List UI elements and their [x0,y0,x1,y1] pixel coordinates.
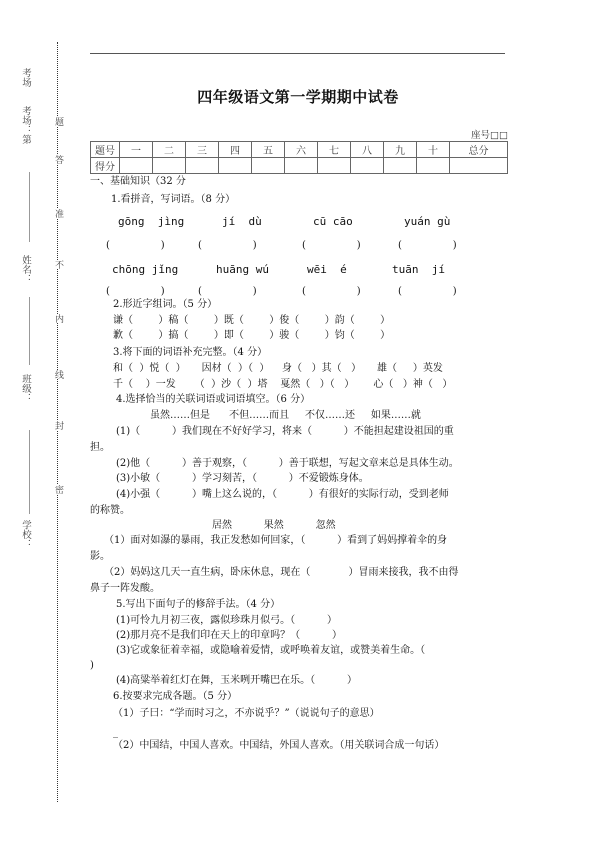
q6-item: （1）子曰：“学而时习之，不亦说乎？”（说说句子的意思） [113,708,380,720]
header-cell: 八 [351,142,384,158]
answer-blank[interactable]: ( ) [302,240,361,252]
name-line [29,172,30,242]
q4-item[interactable]: (4)小强（ ）嘴上这么说的，（ ）有很好的实际行动，受到老师 [116,489,449,501]
q4-title: 4.选择恰当的关联词语或词语填空。（6 分） [116,394,310,406]
score-cell[interactable] [417,158,450,174]
margin-label-name: 姓名： [18,255,32,284]
margin-label-exam-room-no: 考场：第 [18,106,32,144]
q3-row[interactable]: 和（ ）悦（ ） 因材（ ）（ ） 身（ ）其（ ） 雄（ ）英发 [113,363,443,375]
answer-blank[interactable]: ( ) [106,240,196,252]
header-cell: 六 [285,142,318,158]
q4-item[interactable]: (3)小敏（ ）学习刻苦，（ ）不爱锻炼身体。 [116,473,369,485]
answer-blank[interactable]: ( ) [198,286,257,298]
score-table: 题号 一 二 三 四 五 六 七 八 九 十 总分 得分 [90,141,508,174]
q3-row[interactable]: 千（ ）一发 （ ）沙（ ）塔 戛然（ ）（ ） 心（ ）神（ ） [113,379,452,391]
pinyin: gōng jìng [118,215,184,228]
q3-title: 3.将下面的词语补充完整。（4 分） [113,347,267,359]
seal-char: 密 [52,485,65,494]
score-cell[interactable] [318,158,351,174]
margin-label-class: 班级： [18,374,32,403]
seal-char: 题 [52,117,65,126]
q4-item-2[interactable]: （2）妈妈这几天一直生病，卧床休息，现在（ ）冒雨来接我，我不由得 [104,567,459,579]
q4-item-2: 影。 [90,551,110,563]
header-cell: 二 [153,142,186,158]
answer-blank[interactable]: ( ) [198,240,257,252]
q5-item[interactable]: (1)可怜九月初三夜，露似珍珠月似弓。（ ） [116,615,337,627]
q4-item[interactable]: (1)（ ）我们现在不好好学习，将来（ ）不能担起建设祖国的重 [116,426,454,438]
score-cell[interactable] [450,158,508,174]
header-cell: 一 [120,142,153,158]
header-cell: 七 [318,142,351,158]
margin-label-exam-room: 考场 [18,68,32,87]
school-line [29,430,30,514]
margin-label-school: 学校： [18,520,32,549]
q2-row[interactable]: 歉（ ）搞（ ）即（ ）骏（ ）钧（ ） [113,330,390,342]
q5-title: 5.写出下面句子的修辞手法。（4 分） [116,599,280,611]
q5-item[interactable]: (2)那月亮不是我们印在天上的印章吗？（ ） [116,630,342,642]
section-heading: 一、基础知识（32 分 [90,176,186,188]
seal-char: 准 [52,209,65,218]
pinyin: huāng wú [216,263,269,276]
row-label: 得分 [91,158,120,174]
q5-item[interactable]: (4)高粱举着红灯在舞，玉米咧开嘴巴在乐。（ ） [116,675,357,687]
seal-char: 线 [52,370,65,379]
q1-title: 1.看拼音，写词语。（8 分） [111,194,235,206]
header-cell: 十 [417,142,450,158]
score-cell[interactable] [384,158,417,174]
q4-item: 的称赞。 [90,505,130,517]
score-cell[interactable] [186,158,219,174]
answer-line[interactable]: _ [113,727,118,739]
class-line [29,297,30,365]
header-cell: 总分 [450,142,508,158]
answer-blank[interactable]: ( ) [398,286,457,298]
seal-char: 不 [52,260,65,269]
header-cell: 五 [252,142,285,158]
answer-blank[interactable]: ( ) [106,286,165,298]
score-cell[interactable] [285,158,318,174]
seal-char: 内 [52,314,65,323]
q6-title: 6.按要求完成各题。（5 分） [113,691,237,703]
pinyin: tuān jí [392,263,445,276]
q4-item-2: 鼻子一阵发酸。 [90,583,160,595]
score-cell[interactable] [120,158,153,174]
answer-blank[interactable]: ( ) [302,286,361,298]
header-cell: 三 [186,142,219,158]
score-cell[interactable] [252,158,285,174]
header-cell: 四 [219,142,252,158]
q5-item[interactable]: (3)它或象征着幸福，或隐喻着爱情，或呼唤着友谊，或赞美着生命。（ [116,645,425,657]
q4-item-2[interactable]: （1）面对如瀑的暴雨，我正发愁如何回家，（ ）看到了妈妈撑着伞的身 [104,535,447,547]
pinyin: yuán gù [404,215,450,228]
q2-title: 2.形近字组词。（5 分） [113,299,217,311]
q2-row[interactable]: 谦（ ）稿（ ）既（ ）俊（ ）韵（ ） [113,315,390,327]
top-rule [90,53,505,54]
q4-item: 担。 [90,442,110,454]
header-cell: 九 [384,142,417,158]
seat-number-label: 座号□□ [460,127,508,141]
q4-options-2: 居然 果然 忽然 [212,520,336,532]
answer-blank[interactable]: ( ) [398,240,457,252]
pinyin: chōng jǐng [112,263,178,276]
score-cell[interactable] [153,158,186,174]
pinyin: wēi é [307,263,347,276]
q6-item: （2）中国结，中国人喜欢。中国结，外国人喜欢。（用关联词合成一句话） [113,740,444,752]
page-title: 四年级语文第一学期期中试卷 [0,86,596,107]
q4-item[interactable]: (2)他（ ）善于观察，（ ）善于联想，写起文章来总是具体生动。 [116,458,459,470]
pinyin: cū cāo [313,215,353,228]
score-table-score-row: 得分 [91,158,508,174]
score-cell[interactable] [219,158,252,174]
seal-char: 封 [52,421,65,430]
q4-options: 虽然……但是 不但……而且 不仅……还 如果……就 [150,410,421,422]
header-cell: 题号 [91,142,120,158]
seal-char: 答 [52,155,65,164]
pinyin: jí dù [222,215,262,228]
q5-item: ) [90,660,94,672]
score-table-header-row: 题号 一 二 三 四 五 六 七 八 九 十 总分 [91,142,508,158]
score-cell[interactable] [351,158,384,174]
